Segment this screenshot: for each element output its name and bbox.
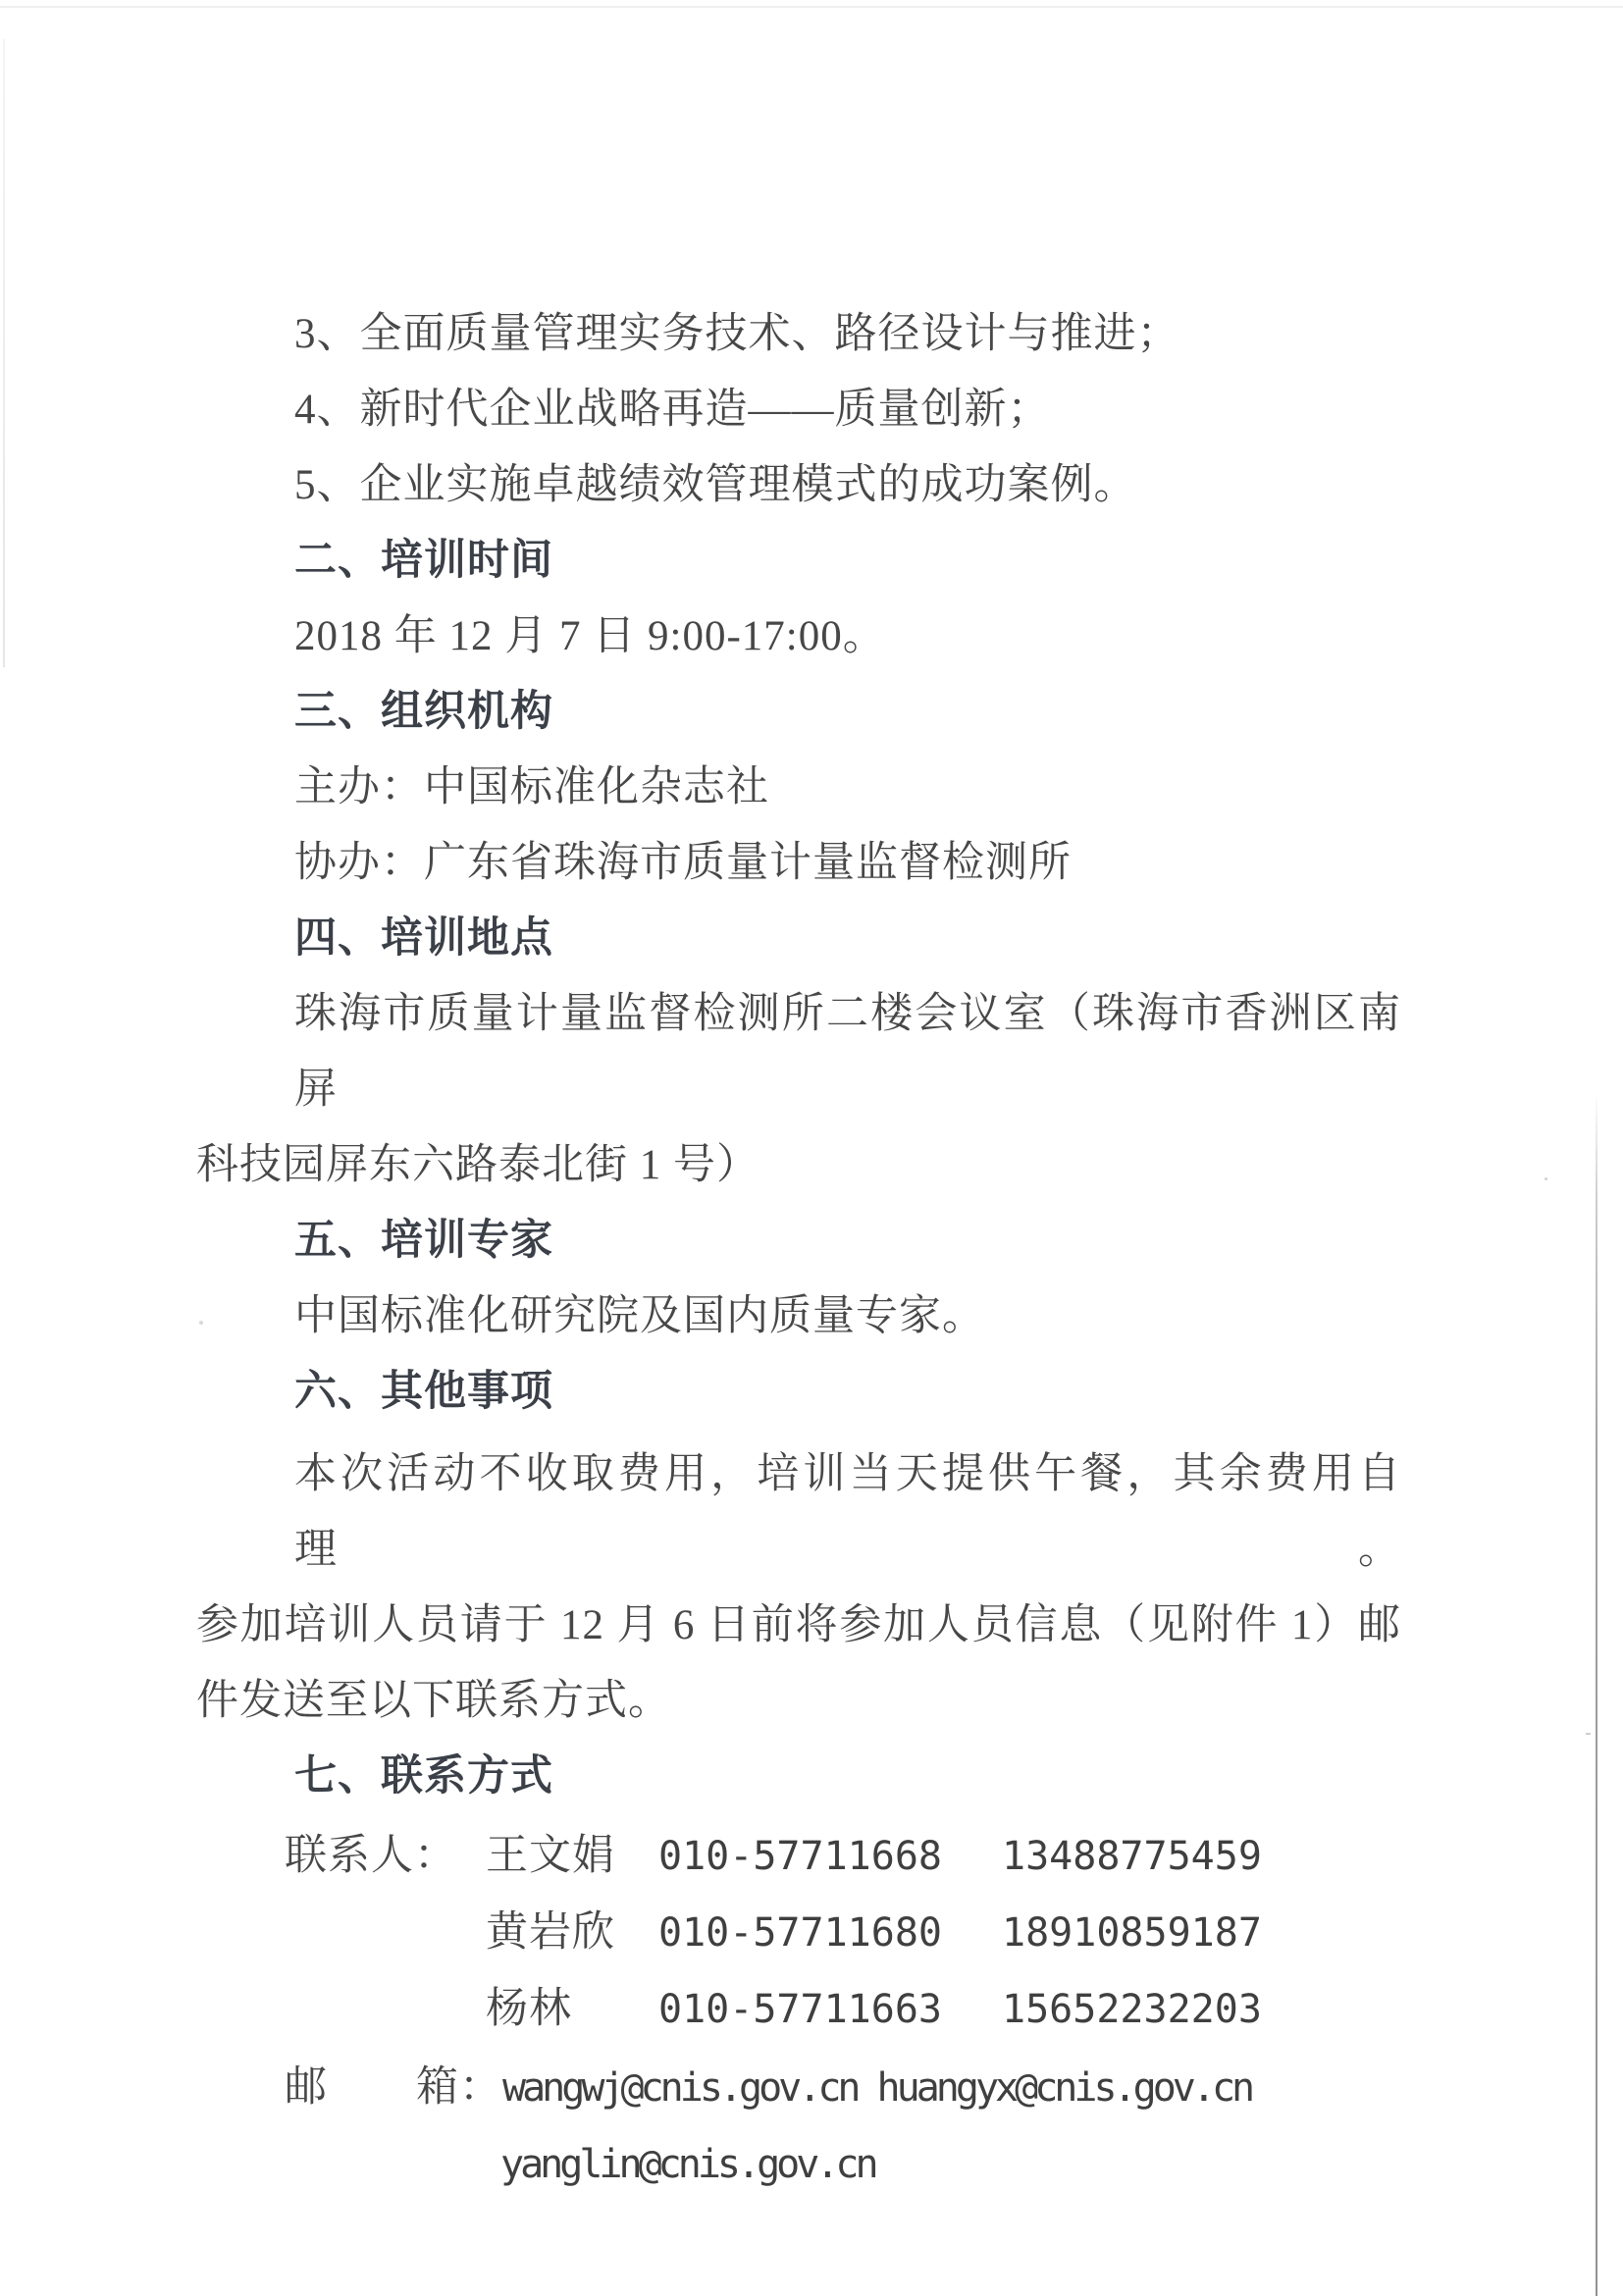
email-row: 邮箱：wangwj@cnis.gov.cn huangyx@cnis.gov.c… [196,2050,1401,2126]
training-time-text: 2018 年 12 月 7 日 9:00-17:00。 [196,599,1401,674]
list-item-4: 4、新时代企业战略再造——质量创新； [196,372,1401,447]
contact-phone: 010-57711668 [658,1819,1002,1895]
section-heading-experts: 五、培训专家 [196,1203,1401,1278]
contact-mobile: 18910859187 [1002,1910,1262,1956]
list-item-5: 5、企业实施卓越绩效管理模式的成功案例。 [196,447,1401,523]
location-text-line2: 科技园屏东六路泰北街 1 号） [196,1127,1401,1203]
organizer-host-text: 主办：中国标准化杂志社 [196,750,1401,825]
section-heading-location: 四、培训地点 [196,901,1401,976]
other-matters-line1: 本次活动不收取费用，培训当天提供午餐，其余费用自理。 [196,1436,1401,1588]
email-label: 邮箱： [285,2050,502,2125]
scan-artifact-top-edge [0,6,1623,8]
contact-row: 杨林010-5771166315652232203 [196,1971,1401,2048]
other-matters-line2: 参加培训人员请于 12 月 6 日前将参加人员信息（见附件 1）邮 [196,1588,1401,1663]
list-item-3: 3、全面质量管理实务技术、路径设计与推进； [196,296,1401,372]
section-heading-organizers: 三、组织机构 [196,674,1401,750]
other-matters-line3: 件发送至以下联系方式。 [196,1663,1401,1739]
contact-mobile: 13488775459 [1002,1834,1262,1879]
contact-phone: 010-57711680 [658,1896,1002,1971]
section-heading-training-time: 二、培训时间 [196,523,1401,599]
section-heading-contact: 七、联系方式 [196,1739,1401,1814]
experts-text: 中国标准化研究院及国内质量专家。 [196,1278,1401,1354]
contact-label: 联系人： [285,1818,486,1894]
contact-row: 黄岩欣010-5771168018910859187 [196,1895,1401,1971]
contact-row: 联系人：王文娟010-5771166813488775459 [196,1818,1401,1895]
document-body: 3、全面质量管理实务技术、路径设计与推进； 4、新时代企业战略再造——质量创新；… [196,296,1401,2203]
email-addresses-line1: wangwj@cnis.gov.cn huangyx@cnis.gov.cn [502,2065,1251,2111]
email-label-right: 箱： [416,2064,502,2111]
email-row: yanglin@cnis.gov.cn [196,2126,1401,2203]
scan-artifact-left-edge [3,39,5,667]
location-text-line1: 珠海市质量计量监督检测所二楼会议室（珠海市香洲区南屏 [196,976,1401,1127]
scan-artifact-speck [1586,1733,1591,1735]
contact-mobile: 15652232203 [1002,1987,1262,2032]
contact-name: 黄岩欣 [486,1895,658,1970]
scanned-document-page: 3、全面质量管理实务技术、路径设计与推进； 4、新时代企业战略再造——质量创新；… [0,0,1623,2296]
scan-artifact-speck [1544,1177,1547,1180]
email-addresses-line2: yanglin@cnis.gov.cn [500,2142,875,2187]
section-heading-other-matters: 六、其他事项 [196,1354,1401,1430]
email-label-left: 邮 [285,2064,328,2111]
organizer-cohost-text: 协办：广东省珠海市质量计量监督检测所 [196,825,1401,901]
scan-artifact-vertical-line [1596,1091,1597,2296]
contact-phone: 010-57711663 [658,1972,1002,2048]
contact-name: 王文娟 [486,1818,658,1894]
contact-name: 杨林 [486,1971,658,2047]
